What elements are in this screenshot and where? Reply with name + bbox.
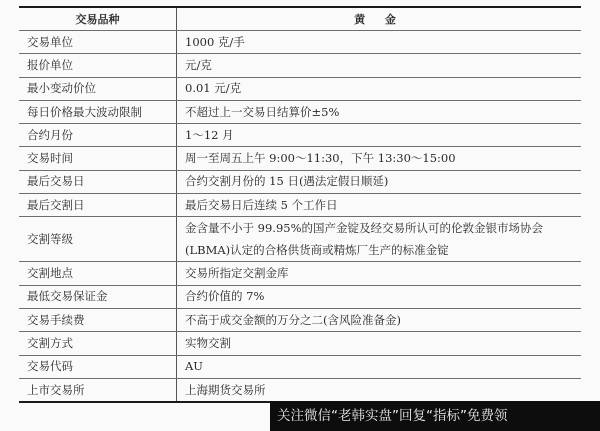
table-row: 交易代码 AU: [19, 355, 581, 378]
table-row: 合约月份 1～12 月: [19, 124, 581, 147]
row-label: 合约月份: [19, 124, 177, 147]
row-value: 1000 克/手: [177, 31, 582, 54]
row-value: 合约价值的 7%: [177, 285, 582, 308]
row-label: 上市交易所: [19, 378, 177, 402]
table-row: 每日价格最大波动限制 不超过上一交易日结算价±5%: [19, 100, 581, 123]
row-value: 0.01 元/克: [177, 77, 582, 100]
table-row: 最后交割日 最后交易日后连续 5 个工作日: [19, 194, 581, 217]
row-label: 最低交易保证金: [19, 285, 177, 308]
contract-spec-table: 交易品种 黄 金 交易单位 1000 克/手 报价单位 元/克 最小变动价位 0…: [19, 6, 581, 403]
row-value: 元/克: [177, 54, 582, 77]
row-label: 交易单位: [19, 31, 177, 54]
table-row: 上市交易所 上海期货交易所: [19, 378, 581, 402]
row-value-multiline: 金含量不小于 99.95%的国产金锭及经交易所认可的伦敦金银市场协会 (LBMA…: [177, 217, 582, 262]
row-label: 交割方式: [19, 332, 177, 355]
row-label: 交易代码: [19, 355, 177, 378]
table-row: 交割等级 金含量不小于 99.95%的国产金锭及经交易所认可的伦敦金银市场协会 …: [19, 217, 581, 262]
gold-futures-contract-table: 交易品种 黄 金 交易单位 1000 克/手 报价单位 元/克 最小变动价位 0…: [19, 6, 581, 403]
row-value: 交易所指定交割金库: [177, 262, 582, 285]
table-row: 最小变动价位 0.01 元/克: [19, 77, 581, 100]
row-value: 上海期货交易所: [177, 378, 582, 402]
row-value: 不高于成交金额的万分之二(含风险准备金): [177, 308, 582, 331]
table-row: 交易时间 周一至周五上午 9:00～11:30，下午 13:30～15:00: [19, 147, 581, 170]
row-label: 交易手续费: [19, 308, 177, 331]
header-label: 交易品种: [19, 7, 177, 31]
watermark-banner: 关注微信“老韩实盘”回复“指标”免费领: [270, 401, 600, 431]
row-value: 实物交割: [177, 332, 582, 355]
row-value-line: (LBMA)认定的合格供货商或精炼厂生产的标准金锭: [185, 239, 581, 261]
table-row: 交易单位 1000 克/手: [19, 31, 581, 54]
table-row: 最后交易日 合约交割月份的 15 日(遇法定假日顺延): [19, 170, 581, 193]
table-row: 报价单位 元/克: [19, 54, 581, 77]
table-row: 最低交易保证金 合约价值的 7%: [19, 285, 581, 308]
row-value-line: 金含量不小于 99.95%的国产金锭及经交易所认可的伦敦金银市场协会: [185, 217, 581, 239]
row-label: 最后交割日: [19, 194, 177, 217]
table-row: 交易手续费 不高于成交金额的万分之二(含风险准备金): [19, 308, 581, 331]
row-value: 1～12 月: [177, 124, 582, 147]
table-header-row: 交易品种 黄 金: [19, 7, 581, 31]
table-row: 交割方式 实物交割: [19, 332, 581, 355]
row-label: 交割地点: [19, 262, 177, 285]
row-value: 最后交易日后连续 5 个工作日: [177, 194, 582, 217]
row-label: 最小变动价位: [19, 77, 177, 100]
header-value: 黄 金: [177, 7, 582, 31]
row-label: 最后交易日: [19, 170, 177, 193]
row-label: 交易时间: [19, 147, 177, 170]
row-value: 周一至周五上午 9:00～11:30，下午 13:30～15:00: [177, 147, 582, 170]
row-value: 不超过上一交易日结算价±5%: [177, 100, 582, 123]
row-label: 交割等级: [19, 217, 177, 262]
row-label: 每日价格最大波动限制: [19, 100, 177, 123]
row-label: 报价单位: [19, 54, 177, 77]
row-value: AU: [177, 355, 582, 378]
table-row: 交割地点 交易所指定交割金库: [19, 262, 581, 285]
row-value: 合约交割月份的 15 日(遇法定假日顺延): [177, 170, 582, 193]
